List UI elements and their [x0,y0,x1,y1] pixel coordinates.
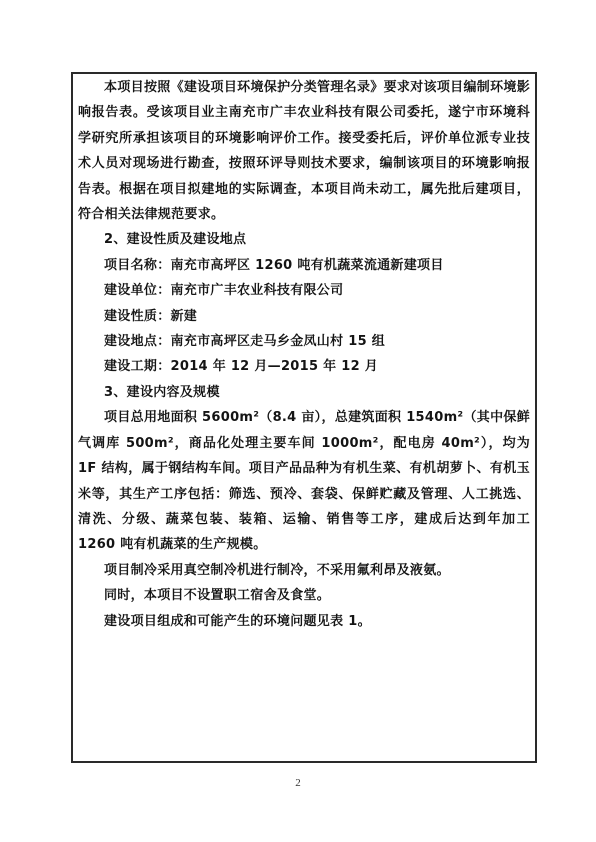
field-construction-nature: 建设性质：新建 [78,304,530,329]
page-number: 2 [0,777,596,789]
field-construction-period: 建设工期：2014 年 12 月—2015 年 12 月 [78,354,530,379]
field-construction-unit: 建设单位：南充市广丰农业科技有限公司 [78,278,530,303]
document-page: 本项目按照《建设项目环境保护分类管理名录》要求对该项目编制环境影响报告表。受该项… [0,0,596,842]
table-reference-paragraph: 建设项目组成和可能产生的环境问题见表 1。 [78,609,530,634]
refrigeration-paragraph: 项目制冷采用真空制冷机进行制冷，不采用氟利昂及液氨。 [78,558,530,583]
content-border-box: 本项目按照《建设项目环境保护分类管理名录》要求对该项目编制环境影响报告表。受该项… [71,72,537,763]
scale-paragraph: 项目总用地面积 5600m²（8.4 亩），总建筑面积 1540m²（其中保鲜气… [78,405,530,557]
intro-paragraph: 本项目按照《建设项目环境保护分类管理名录》要求对该项目编制环境影响报告表。受该项… [78,75,530,227]
dormitory-paragraph: 同时，本项目不设置职工宿舍及食堂。 [78,583,530,608]
section-heading-3: 3、建设内容及规模 [78,380,530,405]
field-project-name: 项目名称：南充市高坪区 1260 吨有机蔬菜流通新建项目 [78,253,530,278]
section-heading-2: 2、建设性质及建设地点 [78,227,530,252]
field-construction-location: 建设地点：南充市高坪区走马乡金凤山村 15 组 [78,329,530,354]
